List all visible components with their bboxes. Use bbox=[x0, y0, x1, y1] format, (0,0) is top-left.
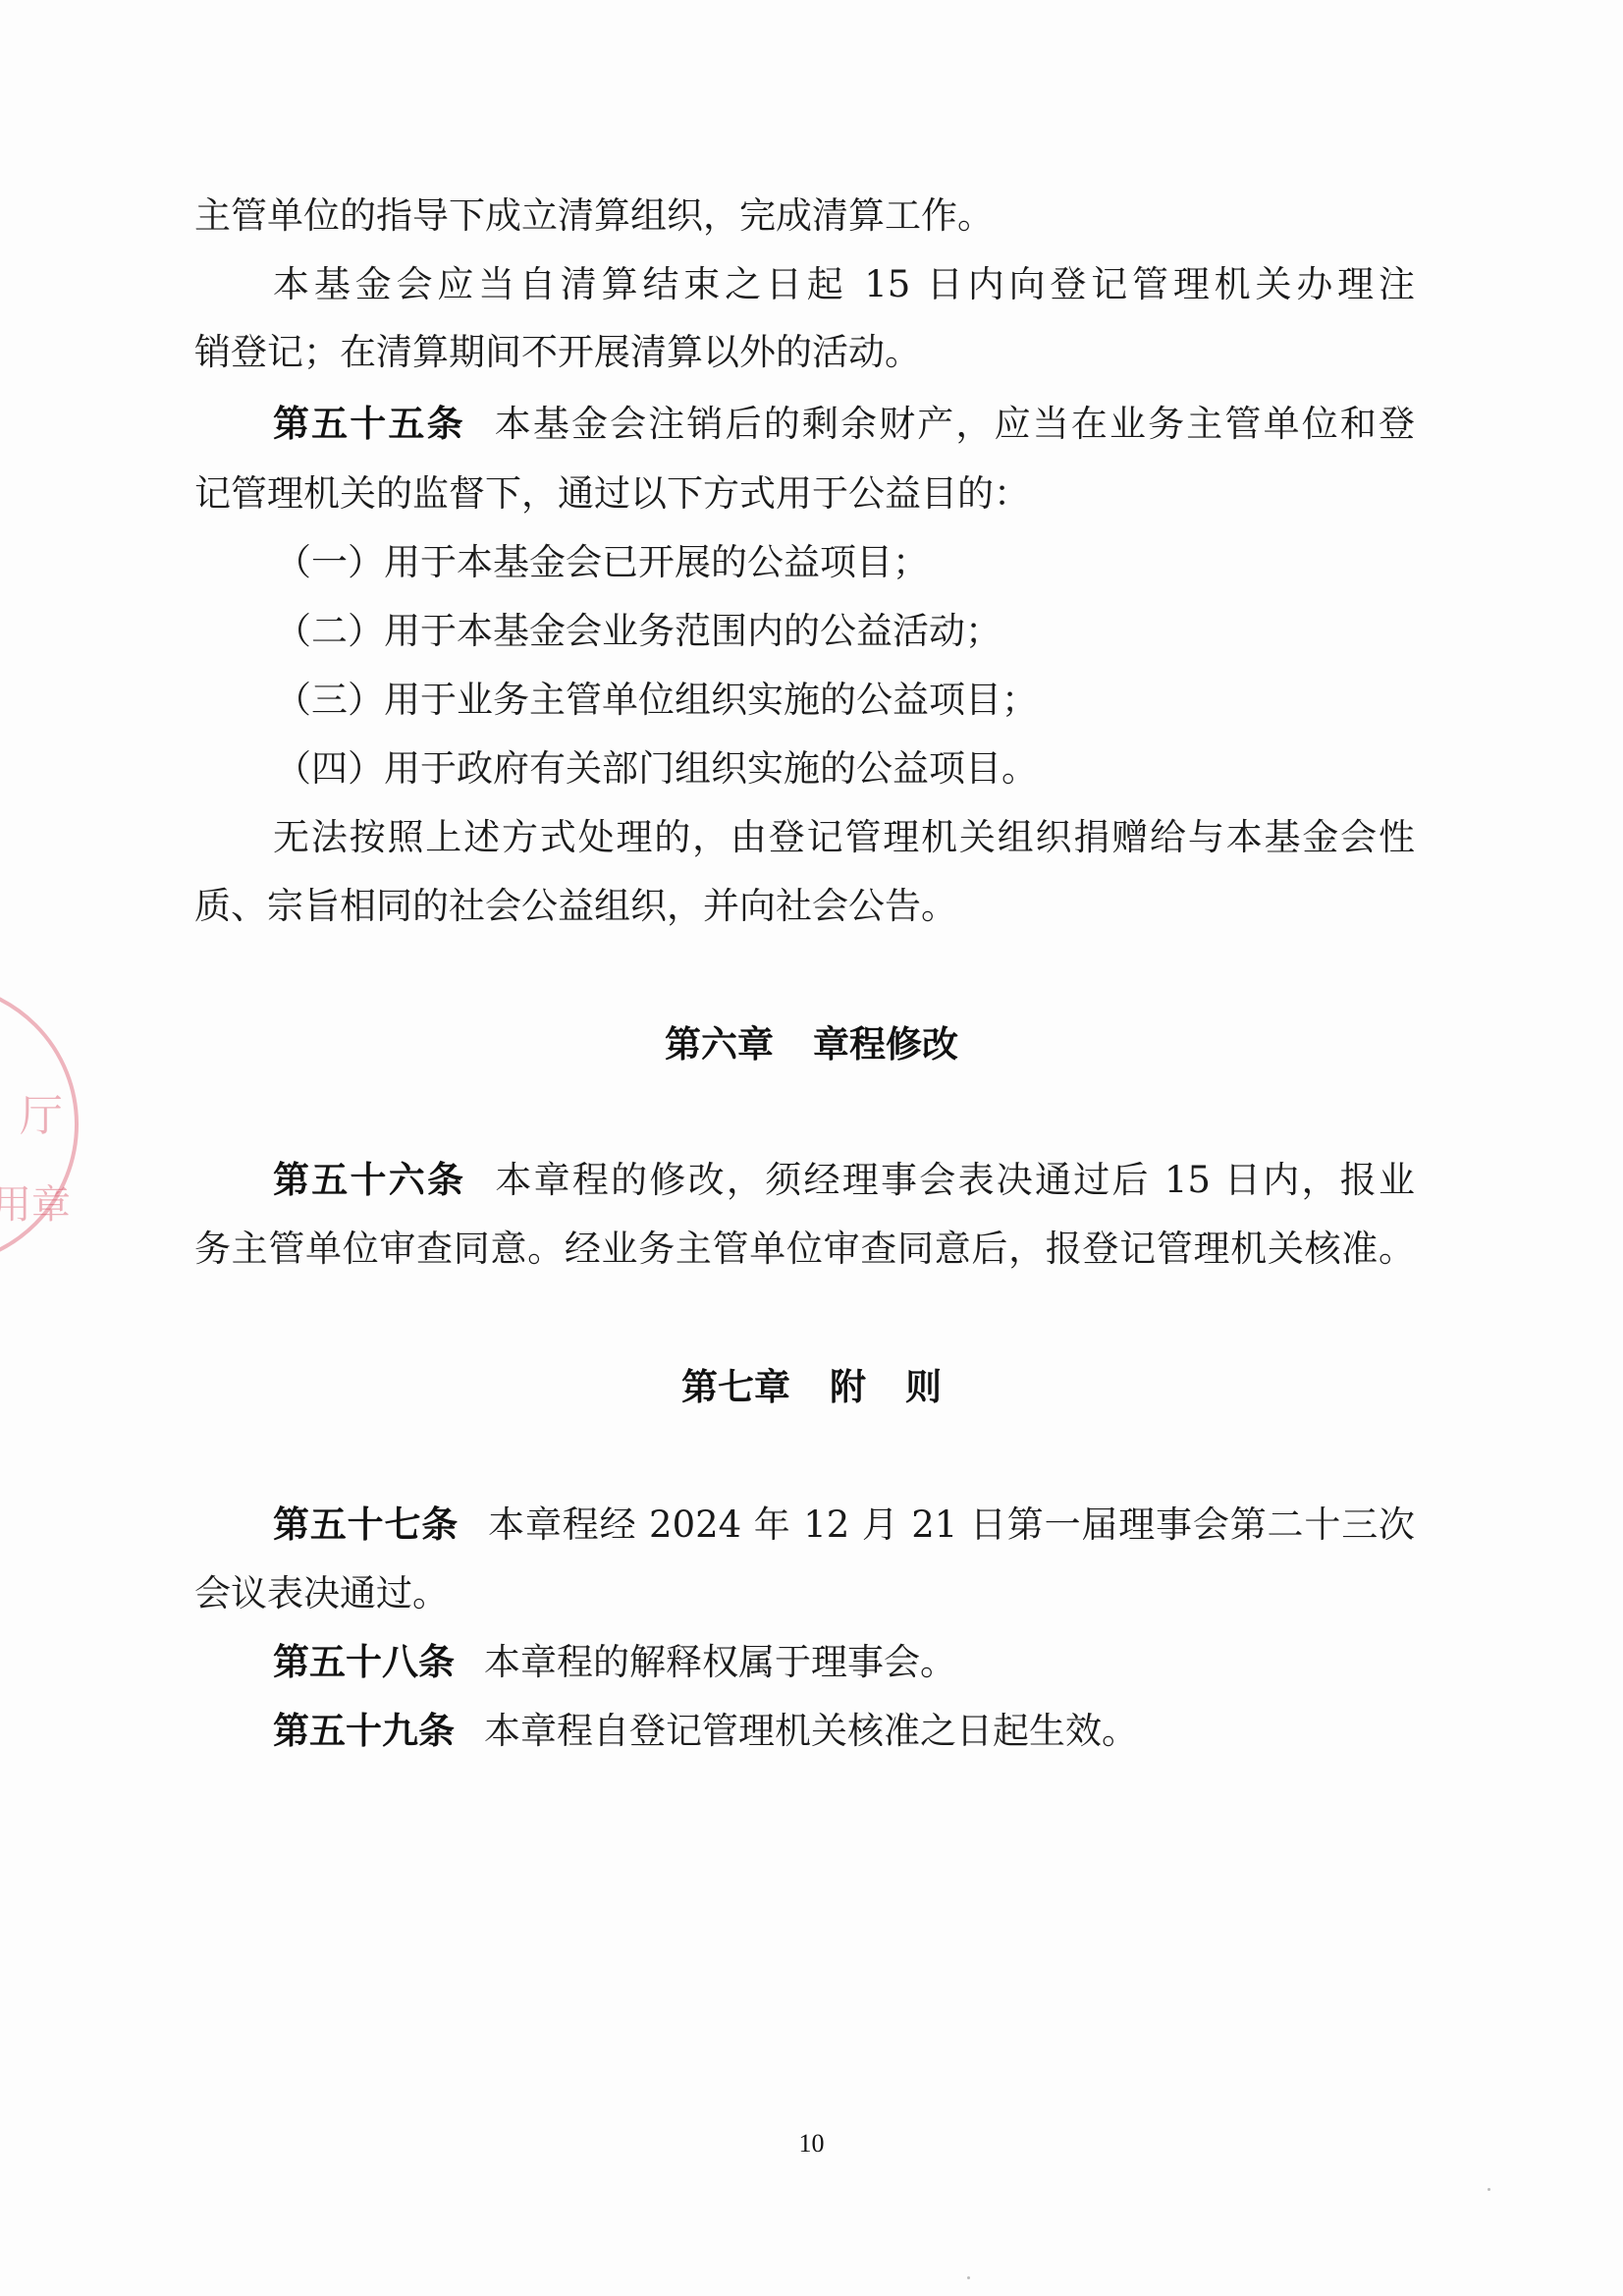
article-text: 本章程经 2024 年 12 月 21 日第一届理事会第二十三次 bbox=[488, 1503, 1415, 1546]
article-57-line: 第五十七条本章程经 2024 年 12 月 21 日第一届理事会第二十三次 bbox=[273, 1500, 1415, 1551]
paragraph-line: 主管单位的指导下成立清算组织，完成清算工作。 bbox=[194, 191, 1415, 242]
chapter-title-part: 则 bbox=[905, 1366, 942, 1408]
chapter-number: 第六章 bbox=[665, 1023, 774, 1066]
chapter-title: 章程修改 bbox=[813, 1023, 958, 1066]
list-item: （三）用于业务主管单位组织实施的公益项目； bbox=[275, 675, 1415, 726]
paragraph-line: 本基金会应当自清算结束之日起 15 日内向登记管理机关办理注 bbox=[273, 259, 1415, 310]
article-text: 本章程的修改，须经理事会表决通过后 15 日内，报业 bbox=[495, 1159, 1415, 1201]
chapter-heading: 第六章章程修改 bbox=[0, 1019, 1623, 1070]
seal-text-fragment: 厅 bbox=[20, 1080, 63, 1143]
document-page: 厅 用章 主管单位的指导下成立清算组织，完成清算工作。 本基金会应当自清算结束之… bbox=[0, 0, 1623, 2296]
article-label: 第五十八条 bbox=[273, 1641, 455, 1683]
scan-speck bbox=[967, 2276, 970, 2279]
article-label: 第五十九条 bbox=[273, 1710, 455, 1752]
list-item: （二）用于本基金会业务范围内的公益活动； bbox=[275, 606, 1415, 657]
article-55-line: 第五十五条本基金会注销后的剩余财产，应当在业务主管单位和登 bbox=[273, 399, 1415, 450]
chapter-heading: 第七章附则 bbox=[0, 1362, 1623, 1413]
paragraph-line: 记管理机关的监督下，通过以下方式用于公益目的： bbox=[194, 468, 1415, 519]
article-label: 第五十五条 bbox=[273, 403, 465, 445]
article-text: 本章程自登记管理机关核准之日起生效。 bbox=[484, 1710, 1138, 1752]
list-item: （一）用于本基金会已开展的公益项目； bbox=[275, 537, 1415, 588]
paragraph-line: 质、宗旨相同的社会公益组织，并向社会公告。 bbox=[194, 881, 1415, 932]
chapter-number: 第七章 bbox=[681, 1366, 790, 1408]
page-number: 10 bbox=[0, 2129, 1623, 2159]
seal-text-fragment: 用章 bbox=[0, 1174, 71, 1230]
article-text: 本基金会注销后的剩余财产，应当在业务主管单位和登 bbox=[495, 403, 1415, 445]
scan-speck bbox=[1488, 2188, 1490, 2191]
paragraph-line: 务主管单位审查同意。经业务主管单位审查同意后，报登记管理机关核准。 bbox=[194, 1224, 1415, 1275]
paragraph-line: 无法按照上述方式处理的，由登记管理机关组织捐赠给与本基金会性 bbox=[273, 812, 1415, 863]
article-59-line: 第五十九条本章程自登记管理机关核准之日起生效。 bbox=[273, 1706, 1415, 1757]
article-56-line: 第五十六条本章程的修改，须经理事会表决通过后 15 日内，报业 bbox=[273, 1155, 1415, 1206]
article-label: 第五十六条 bbox=[273, 1159, 465, 1201]
paragraph-line: 会议表决通过。 bbox=[194, 1568, 1415, 1619]
article-label: 第五十七条 bbox=[273, 1503, 459, 1546]
list-item: （四）用于政府有关部门组织实施的公益项目。 bbox=[275, 743, 1415, 794]
article-text: 本章程的解释权属于理事会。 bbox=[484, 1641, 956, 1683]
article-58-line: 第五十八条本章程的解释权属于理事会。 bbox=[273, 1637, 1415, 1688]
paragraph-line: 销登记；在清算期间不开展清算以外的活动。 bbox=[194, 327, 1415, 378]
chapter-title-part: 附 bbox=[830, 1366, 866, 1408]
